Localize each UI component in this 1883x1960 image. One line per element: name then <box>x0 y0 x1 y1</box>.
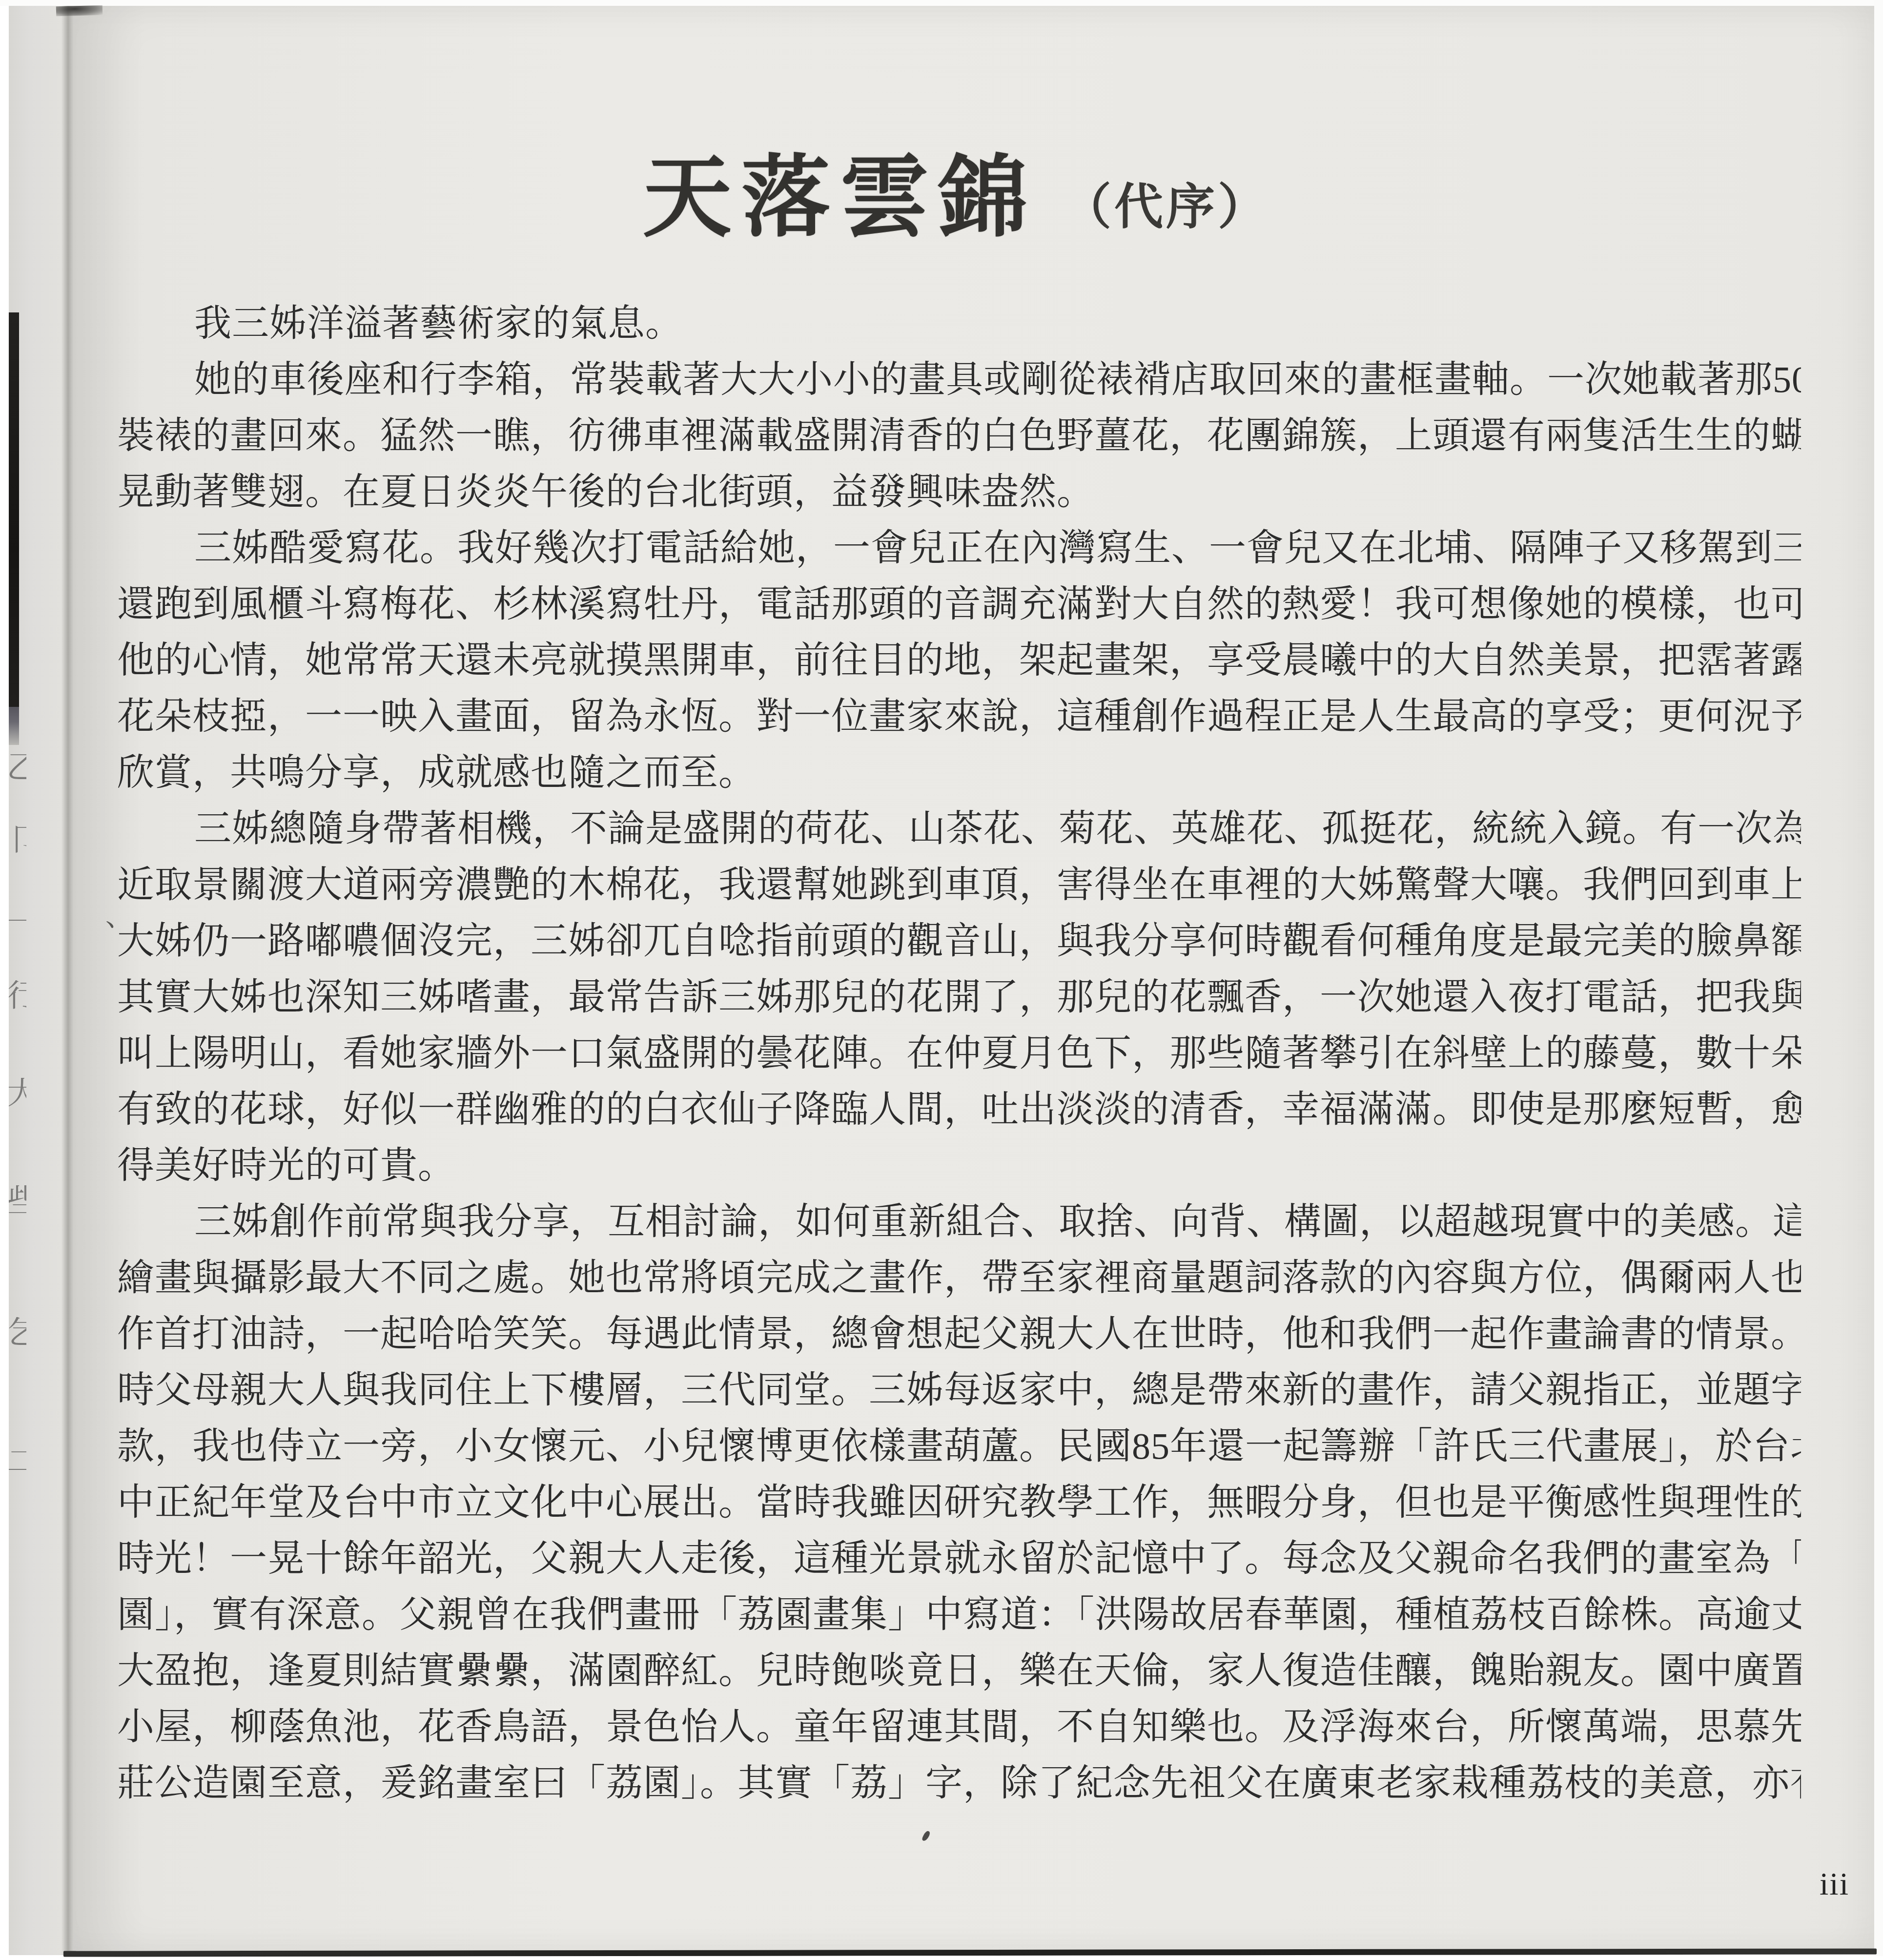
text-line: 得美好時光的可貴。 <box>117 1138 1801 1194</box>
text-line: 中正紀年堂及台中市立文化中心展出。當時我雖因研究教學工作，無暇分身，但也是平衡感… <box>117 1475 1801 1531</box>
text-line: 花朵枝掗，一一映入畫面，留為永恆。對一位畫家來說，這種創作過程正是人生最高的享受… <box>117 689 1801 745</box>
text-line: 裝裱的畫回來。猛然一瞧，彷彿車裡滿載盛開清香的白色野薑花，花團錦簇，上頭還有兩隻… <box>117 408 1801 464</box>
binding-mark-bar-tail <box>9 707 19 745</box>
edge-glyph-fragment: 二 <box>9 1446 26 1477</box>
stray-mark-left: 、 <box>105 903 133 930</box>
text-line: 她的車後座和行李箱，常裝載著大大小小的畫具或剛從裱褙店取回來的畫框畫軸。一次她載… <box>117 352 1801 408</box>
text-line: 款，我也侍立一旁，小女懷元、小兒懷博更依樣畫葫蘆。民國85年還一起籌辦「許氏三代… <box>117 1419 1801 1475</box>
scanner-bottom-edge <box>0 1956 1883 1960</box>
text-line: 三姊創作前常與我分享，互相討論，如何重新組合、取捨、向背、構圖，以超越現實中的美… <box>117 1194 1801 1250</box>
text-line: 三姊總隨身帶著相機，不論是盛開的荷花、山茶花、菊花、英雄花、孤挺花，統統入鏡。有… <box>117 801 1801 857</box>
stray-mark-bottom <box>921 1830 931 1842</box>
edge-glyph-fragment: 乞 <box>9 1317 26 1348</box>
text-line: 他的心情，她常常天還未亮就摸黑開車，前往目的地，架起畫架，享受晨曦中的大自然美景… <box>117 633 1801 689</box>
text-line: 我三姊洋溢著藝術家的氣息。 <box>117 296 1801 352</box>
edge-glyph-fragment: 些 <box>9 1185 26 1217</box>
page: 天落雲錦 （代序） 我三姊洋溢著藝術家的氣息。她的車後座和行李箱，常裝載著大大小… <box>73 6 1874 1951</box>
edge-glyph-fragment: 行 <box>9 980 26 1011</box>
text-line: 近取景關渡大道兩旁濃艷的木棉花，我還幫她跳到車頂，害得坐在車裡的大姊驚聲大嚷。我… <box>117 857 1801 913</box>
edge-glyph-fragment: 乙 <box>9 752 26 783</box>
text-line: 晃動著雙翅。在夏日炎炎午後的台北街頭，益發興味盎然。 <box>117 464 1801 520</box>
text-line: 大盈抱，逢夏則結實纍纍，滿園醉紅。兒時飽啖竟日，樂在天倫，家人復造佳釀，餽貽親友… <box>117 1643 1801 1699</box>
title-main: 天落雲錦 <box>643 126 1037 254</box>
text-line: 大姊仍一路嘟噥個沒完，三姊卻兀自唸指前頭的觀音山，與我分享何時觀看何種角度是最完… <box>117 913 1801 970</box>
text-line: 時光！一晃十餘年韶光，父親大人走後，這種光景就永留於記憶中了。每念及父親命名我們… <box>117 1531 1801 1587</box>
text-line: 三姊酷愛寫花。我好幾次打電話給她，一會兒正在內灣寫生、一會兒又在北埔、隔陣子又移… <box>117 520 1801 577</box>
binding-mark-bar <box>9 312 19 707</box>
body-text: 我三姊洋溢著藝術家的氣息。她的車後座和行李箱，常裝載著大大小小的畫具或剛從裱褙店… <box>117 296 1801 1812</box>
text-line: 作首打油詩，一起哈哈笑笑。每遇此情景，總會想起父親大人在世時，他和我們一起作畫論… <box>117 1306 1801 1362</box>
text-line: 繪畫與攝影最大不同之處。她也常將頃完成之畫作，帶至家裡商量題詞落款的內容與方位，… <box>117 1250 1801 1306</box>
text-line: 欣賞，共鳴分享，成就感也隨之而至。 <box>117 745 1801 801</box>
text-line: 其實大姊也深知三姊嗜畫，最常告訴三姊那兒的花開了，那兒的花飄香，一次她還入夜打電… <box>117 970 1801 1026</box>
scanner-top-edge <box>0 0 1883 6</box>
text-line: 叫上陽明山，看她家牆外一口氣盛開的曇花陣。在仲夏月色下，那些隨著攀引在斜壁上的藤… <box>117 1026 1801 1082</box>
scanned-book-page: 乙卩一行大些乞二 天落雲錦 （代序） 我三姊洋溢著藝術家的氣息。她的車後座和行李… <box>0 0 1883 1960</box>
text-line: 有致的花球，好似一群幽雅的的白衣仙子降臨人間，吐出淡淡的清香，幸福滿滿。即使是那… <box>117 1082 1801 1138</box>
text-line: 時父母親大人與我同住上下樓層，三代同堂。三姊每返家中，總是帶來新的畫作，請父親指… <box>117 1362 1801 1419</box>
edge-glyph-fragment: 卩 <box>9 824 26 855</box>
page-fore-edge-strip: 乙卩一行大些乞二 <box>9 6 62 1955</box>
page-title: 天落雲錦 （代序） <box>56 134 1857 246</box>
edge-glyph-fragment: 大 <box>9 1078 26 1109</box>
scan-corner-smudge <box>56 5 102 16</box>
edge-glyph-fragment: 一 <box>9 907 26 938</box>
scanner-right-edge <box>1874 0 1883 1960</box>
text-line: 小屋，柳蔭魚池，花香鳥語，景色怡人。童年留連其間，不自知樂也。及浮海來台，所懷萬… <box>117 1699 1801 1755</box>
title-subtitle: （代序） <box>1063 167 1269 238</box>
text-line: 莊公造園至意，爰銘畫室曰「荔園」。其實「荔」字，除了紀念先祖父在廣東老家栽種荔枝… <box>117 1755 1801 1812</box>
text-line: 園」，實有深意。父親曾在我們畫冊「荔園畫集」中寫道：「洪陽故居春華園，種植荔枝百… <box>117 1587 1801 1643</box>
text-line: 還跑到風櫃斗寫梅花、杉林溪寫牡丹，電話那頭的音調充滿對大自然的熱愛！我可想像她的… <box>117 577 1801 633</box>
page-number: iii <box>1820 1866 1849 1903</box>
